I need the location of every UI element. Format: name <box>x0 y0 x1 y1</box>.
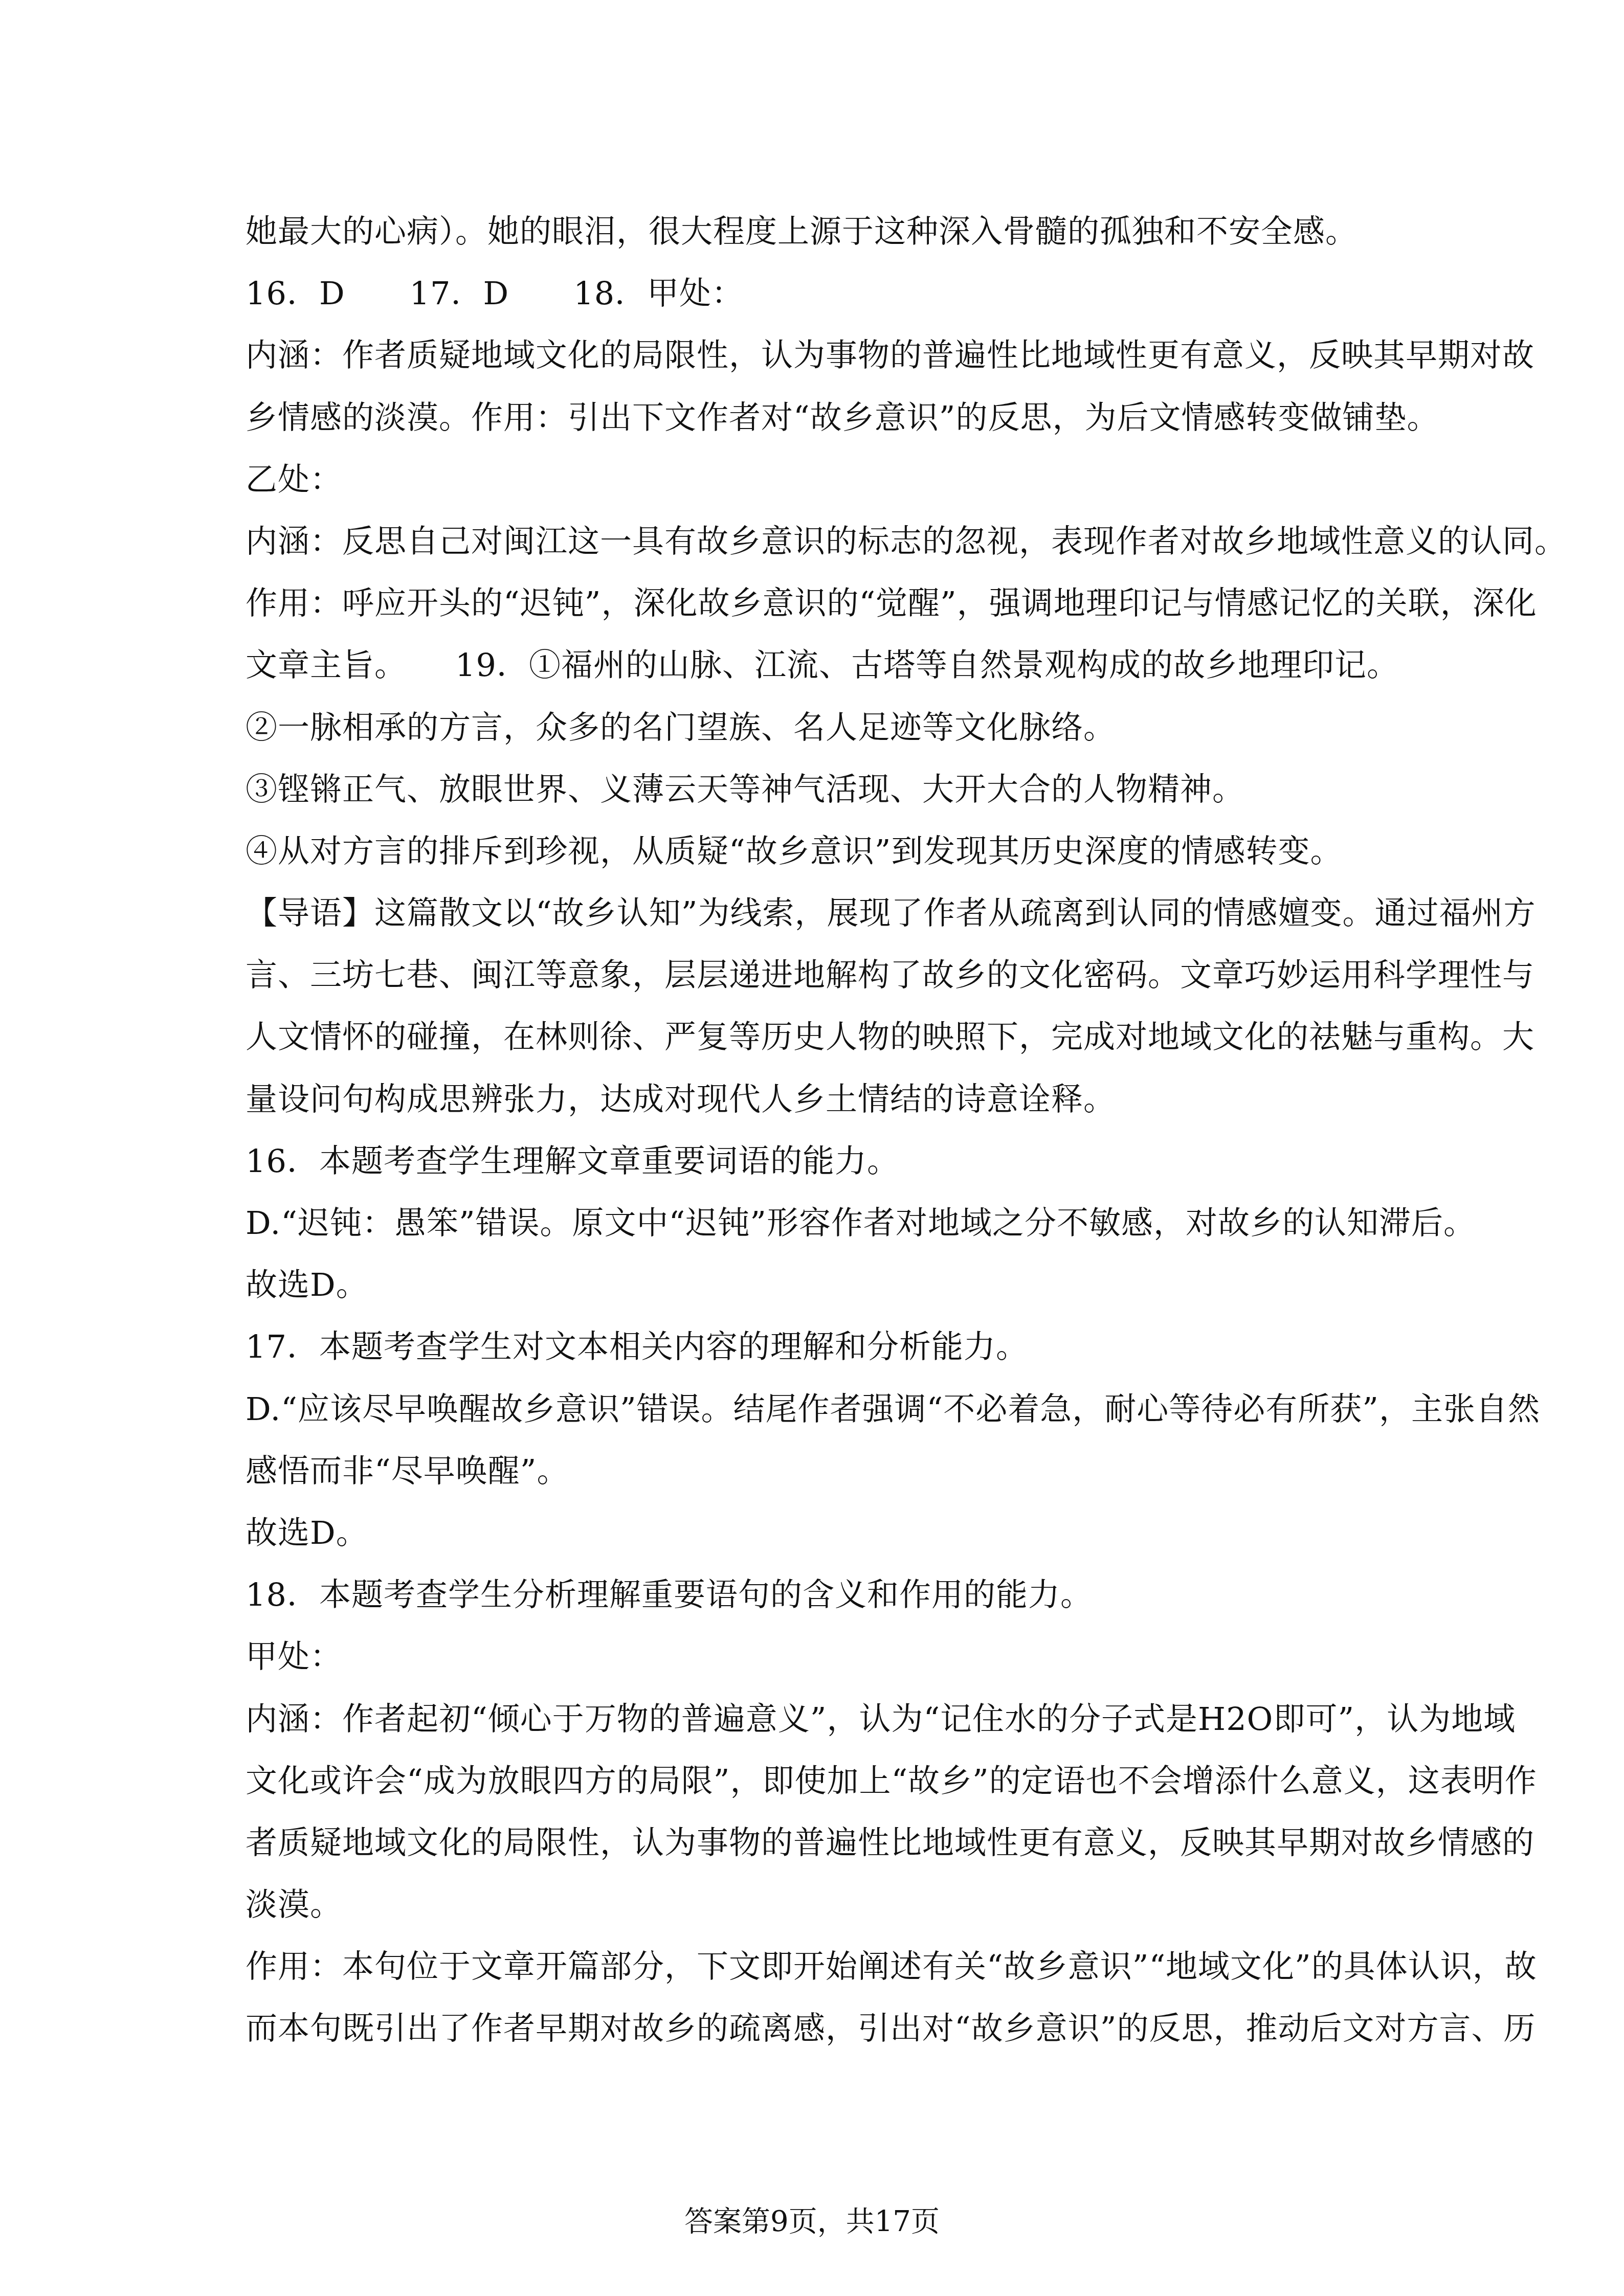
section-label: 乙处： <box>246 448 1391 510</box>
text-line: 作用：本句位于文章开篇部分，下文即开始阐述有关“故乡意识”“地域文化”的具体认识… <box>246 1935 1391 1997</box>
text-line: ②一脉相承的方言，众多的名门望族、名人足迹等文化脉络。 <box>246 696 1391 758</box>
answer-choice: 故选D。 <box>246 1254 1391 1316</box>
text-line: ④从对方言的排斥到珍视，从质疑“故乡意识”到发现其历史深度的情感转变。 <box>246 820 1391 882</box>
question-heading: 17．本题考查学生对文本相关内容的理解和分析能力。 <box>246 1316 1391 1378</box>
text-line: 作用：呼应开头的“迟钝”，深化故乡意识的“觉醒”，强调地理印记与情感记忆的关联，… <box>246 572 1391 634</box>
answer-body: 她最大的心病）。她的眼泪，很大程度上源于这种深入骨髓的孤独和不安全感。 16．D… <box>246 200 1391 2060</box>
text-line: 她最大的心病）。她的眼泪，很大程度上源于这种深入骨髓的孤独和不安全感。 <box>246 200 1391 262</box>
answer-key-line: 16．D 17．D 18．甲处： <box>246 262 1391 324</box>
section-label: 甲处： <box>246 1626 1391 1687</box>
text-line: 内涵：作者起初“倾心于万物的普遍意义”，认为“记住水的分子式是H2O即可”，认为… <box>246 1688 1391 1750</box>
question-heading: 16．本题考查学生理解文章重要词语的能力。 <box>246 1130 1391 1192</box>
page-footer: 答案第9页，共17页 <box>0 2204 1624 2240</box>
text-line: 人文情怀的碰撞，在林则徐、严复等历史人物的映照下，完成对地域文化的祛魅与重构。大 <box>246 1006 1391 1068</box>
guide-line: 【导语】这篇散文以“故乡认知”为线索，展现了作者从疏离到认同的情感嬗变。通过福州… <box>246 882 1391 944</box>
text-line: 乡情感的淡漠。作用：引出下文作者对“故乡意识”的反思，为后文情感转变做铺垫。 <box>246 387 1391 448</box>
answer-choice: 故选D。 <box>246 1502 1391 1564</box>
text-line: 内涵：反思自己对闽江这一具有故乡意识的标志的忽视，表现作者对故乡地域性意义的认同… <box>246 510 1391 572</box>
text-line: 文章主旨。 19．①福州的山脉、江流、古塔等自然景观构成的故乡地理印记。 <box>246 634 1391 696</box>
text-line: 淡漠。 <box>246 1874 1391 1935</box>
text-line: 内涵：作者质疑地域文化的局限性，认为事物的普遍性比地域性更有意义，反映其早期对故 <box>246 324 1391 386</box>
text-line: 量设问句构成思辨张力，达成对现代人乡土情结的诗意诠释。 <box>246 1068 1391 1130</box>
text-line: 言、三坊七巷、闽江等意象，层层递进地解构了故乡的文化密码。文章巧妙运用科学理性与 <box>246 944 1391 1006</box>
text-line: 者质疑地域文化的局限性，认为事物的普遍性比地域性更有意义，反映其早期对故乡情感的 <box>246 1812 1391 1874</box>
text-line: D.“应该尽早唤醒故乡意识”错误。结尾作者强调“不必着急，耐心等待必有所获”，主… <box>246 1378 1391 1440</box>
text-line: 文化或许会“成为放眼四方的局限”，即使加上“故乡”的定语也不会增添什么意义，这表… <box>246 1750 1391 1812</box>
text-line: ③铿锵正气、放眼世界、义薄云天等神气活现、大开大合的人物精神。 <box>246 758 1391 820</box>
text-line: 感悟而非“尽早唤醒”。 <box>246 1440 1391 1502</box>
text-line: D.“迟钝：愚笨”错误。原文中“迟钝”形容作者对地域之分不敏感，对故乡的认知滞后… <box>246 1192 1391 1254</box>
document-page: 她最大的心病）。她的眼泪，很大程度上源于这种深入骨髓的孤独和不安全感。 16．D… <box>0 0 1624 2296</box>
question-heading: 18．本题考查学生分析理解重要语句的含义和作用的能力。 <box>246 1564 1391 1626</box>
text-line: 而本句既引出了作者早期对故乡的疏离感，引出对“故乡意识”的反思，推动后文对方言、… <box>246 1997 1391 2059</box>
